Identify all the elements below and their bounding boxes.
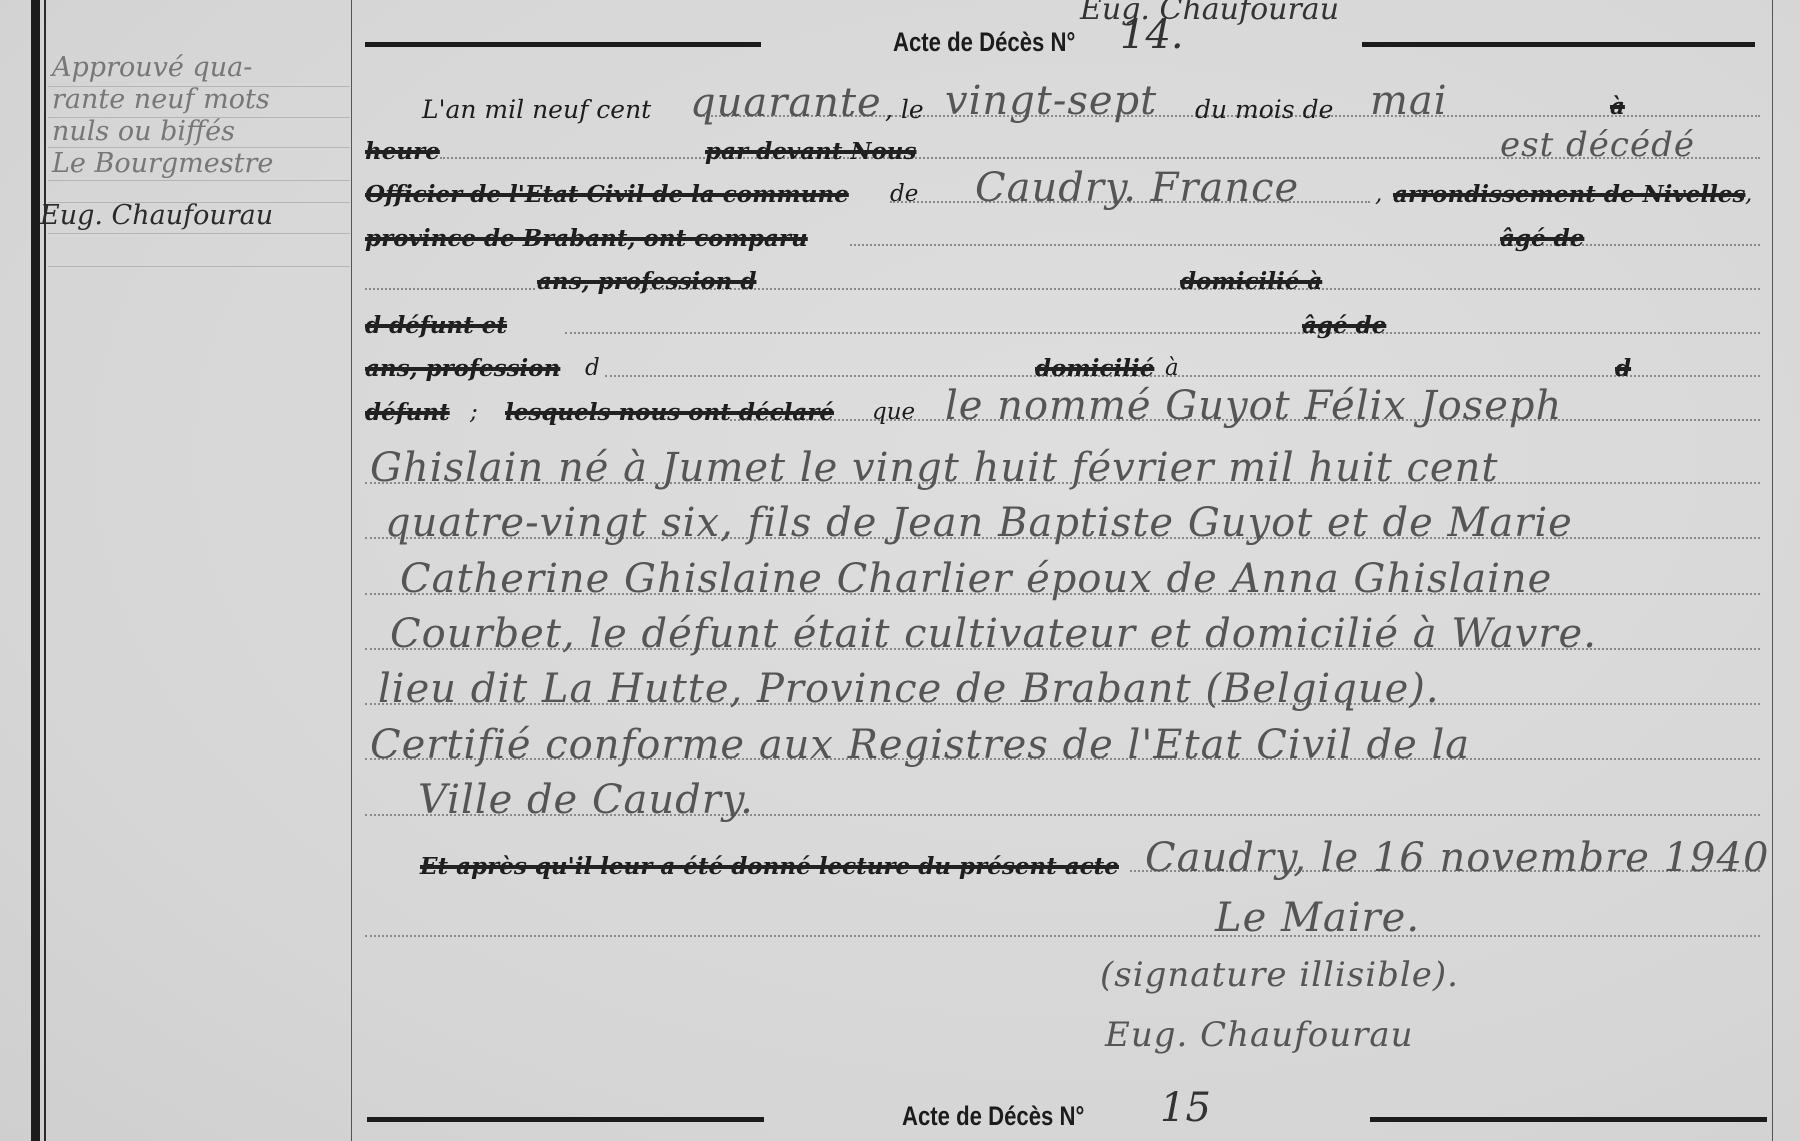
struck-d: d xyxy=(1615,355,1631,382)
struck-age: âgé de xyxy=(1500,225,1584,252)
top-signature: Eug. Chaufourau xyxy=(1080,0,1339,27)
next-header-number: 15 xyxy=(1160,1085,1211,1131)
hw-body-line: quatre-vingt six, fils de Jean Baptiste … xyxy=(385,500,1573,546)
printed-a: à xyxy=(1165,355,1179,381)
hw-body-line: Courbet, le défunt était cultivateur et … xyxy=(390,611,1597,657)
hw-body-line: Certifié conforme aux Registres de l'Eta… xyxy=(370,722,1470,768)
binding-rule-thick xyxy=(31,0,40,1141)
header-bar-left xyxy=(365,42,761,47)
struck-arrondissement: arrondissement de Nivelles xyxy=(1393,181,1745,208)
margin-note-line: Le Bourgmestre xyxy=(52,148,273,180)
struck-heure: heure xyxy=(365,138,440,165)
hw-year: quarante xyxy=(690,80,882,126)
hw-commune: Caudry. France xyxy=(975,165,1299,211)
struck-age-2: âgé de xyxy=(1302,312,1386,339)
hw-signature: Eug. Chaufourau xyxy=(1105,1015,1414,1055)
struck-lesquels: lesquels nous ont déclaré xyxy=(505,399,834,426)
printed-year-prefix: L'an mil neuf cent xyxy=(422,95,651,124)
hw-place-date: Caudry, le 16 novembre 1940 xyxy=(1145,835,1769,881)
register-page: Approuvé qua- rante neuf mots nuls ou bi… xyxy=(0,0,1800,1141)
header-bar-right xyxy=(1362,42,1755,47)
printed-month-label: du mois de xyxy=(1195,95,1333,124)
margin-signature: Eug. Chaufourau xyxy=(40,200,273,231)
printed-d: d xyxy=(585,355,600,381)
hw-est-decede: est décédé xyxy=(1500,125,1695,165)
hw-month: mai xyxy=(1370,78,1448,124)
hw-body-line: Ghislain né à Jumet le vingt huit févrie… xyxy=(370,445,1498,491)
struck-defunt: défunt xyxy=(365,399,450,426)
header-title: Acte de Décès N° xyxy=(893,27,1075,58)
header-number: 14. xyxy=(1120,12,1184,58)
next-header-title: Acte de Décès N° xyxy=(902,1101,1084,1132)
struck-closing: Et après qu'il leur a été donné lecture … xyxy=(420,853,1119,880)
margin-note-line: nuls ou biffés xyxy=(52,116,273,148)
binding-rule-thin xyxy=(44,0,46,1141)
margin-rule xyxy=(351,0,352,1141)
printed-comma: , xyxy=(1375,181,1382,207)
struck-officier: Officier de l'Etat Civil de la commune xyxy=(365,181,849,208)
struck-defunt-et: d défunt et xyxy=(365,312,507,339)
struck-province: province de Brabant, ont comparu xyxy=(365,225,808,252)
printed-semicolon: ; xyxy=(470,399,478,425)
hw-body-line: lieu dit La Hutte, Province de Brabant (… xyxy=(378,666,1440,712)
struck-par-devant-nous: par devant Nous xyxy=(705,138,916,165)
struck-domicilie-2: domicilié xyxy=(1035,355,1154,382)
hw-mayor: Le Maire. xyxy=(1215,895,1420,941)
hw-illegible: (signature illisible). xyxy=(1100,955,1459,995)
hw-body-line: Catherine Ghislaine Charlier époux de An… xyxy=(400,556,1552,602)
hw-body-line: Ville de Caudry. xyxy=(418,777,754,823)
printed-que: que xyxy=(872,399,915,425)
margin-approval-note: Approuvé qua- rante neuf mots nuls ou bi… xyxy=(52,52,273,180)
struck-ans-profession: ans, profession d xyxy=(537,268,756,295)
struck-a: à xyxy=(1610,93,1625,120)
margin-note-line: rante neuf mots xyxy=(52,84,273,116)
printed-comma-end: , xyxy=(1745,181,1752,207)
printed-le: , le xyxy=(885,95,924,124)
hw-day: vingt-sept xyxy=(945,78,1157,124)
hw-deceased-name: le nommé Guyot Félix Joseph xyxy=(945,383,1562,429)
margin-note-line: Approuvé qua- xyxy=(52,52,273,84)
right-margin-rule xyxy=(1772,0,1773,1141)
next-header-bar-right xyxy=(1370,1117,1767,1122)
struck-ans-profession-2: ans, profession xyxy=(365,355,560,382)
printed-de: de xyxy=(890,181,918,207)
next-header-bar-left xyxy=(367,1117,764,1122)
struck-domicilie: domicilié à xyxy=(1180,268,1322,295)
